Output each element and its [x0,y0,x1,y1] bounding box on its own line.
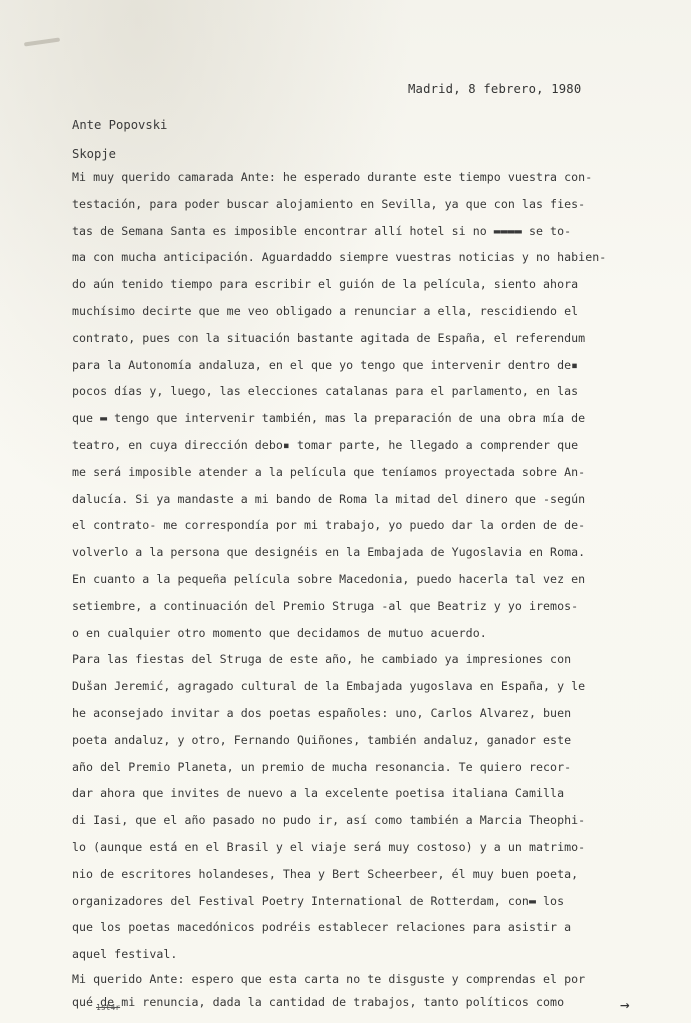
letter-line: lo (aunque está en el Brasil y el viaje … [72,834,672,861]
letter-line: qué de mi renuncia, dada la cantidad de … [72,991,672,1014]
letter-line: volverlo a la persona que designéis en l… [72,539,672,566]
letter-line: setiembre, a continuación del Premio Str… [72,593,672,620]
letter-line: dar ahora que invites de nuevo a la exce… [72,780,672,807]
letter-line: que los poetas macedónicos podréis estab… [72,914,672,941]
letter-date: Madrid, 8 febrero, 1980 [408,82,581,96]
letter-line: nio de escritores holandeses, Thea y Ber… [72,861,672,888]
letter-line: me será imposible atender a la película … [72,459,672,486]
letter-line: do aún tenido tiempo para escribir el gu… [72,271,672,298]
letter-line: que ▬ tengo que intervenir también, mas … [72,405,672,432]
letter-line: teatro, en cuya dirección debo▪ tomar pa… [72,432,672,459]
letter-line: Mi muy querido camarada Ante: he esperad… [72,164,672,191]
letter-line: dalucía. Si ya mandaste a mi bando de Ro… [72,486,672,513]
letter-line: Para las fiestas del Struga de este año,… [72,646,672,673]
letter-line: Mi querido Ante: espero que esta carta n… [72,968,672,991]
letter-line: año del Premio Planeta, un premio de muc… [72,754,672,781]
letter-line: pocos días y, luego, las elecciones cata… [72,378,672,405]
letter-line: o en cualquier otro momento que decidamo… [72,620,672,647]
letter-line: En cuanto a la pequeña película sobre Ma… [72,566,672,593]
letter-line: muchísimo decirte que me veo obligado a … [72,298,672,325]
letter-line: aquel festival. [72,941,672,968]
letter-body: Mi muy querido camarada Ante: he esperad… [72,164,672,1014]
letter-line: di Iasi, que el año pasado no pudo ir, a… [72,807,672,834]
continue-arrow-icon: → [620,995,630,1014]
letter-line: ma con mucha anticipación. Aguardaddo si… [72,244,672,271]
letter-line: contrato, pues con la situación bastante… [72,325,672,352]
letter-line: testación, para poder buscar alojamiento… [72,191,672,218]
letter-line: poeta andaluz, y otro, Fernando Quiñones… [72,727,672,754]
letter-line: he aconsejado invitar a dos poetas españ… [72,700,672,727]
footer-mark: 1st4r [96,1003,120,1012]
letter-line: tas de Semana Santa es imposible encontr… [72,218,672,245]
recipient-name: Ante Popovski [72,118,167,132]
letter-line: el contrato- me correspondía por mi trab… [72,512,672,539]
recipient-city: Skopje [72,147,116,161]
letter-line: para la Autonomía andaluza, en el que yo… [72,352,672,379]
letter-line: Dušan Jeremić, agragado cultural de la E… [72,673,672,700]
letter-line: organizadores del Festival Poetry Intern… [72,888,672,915]
